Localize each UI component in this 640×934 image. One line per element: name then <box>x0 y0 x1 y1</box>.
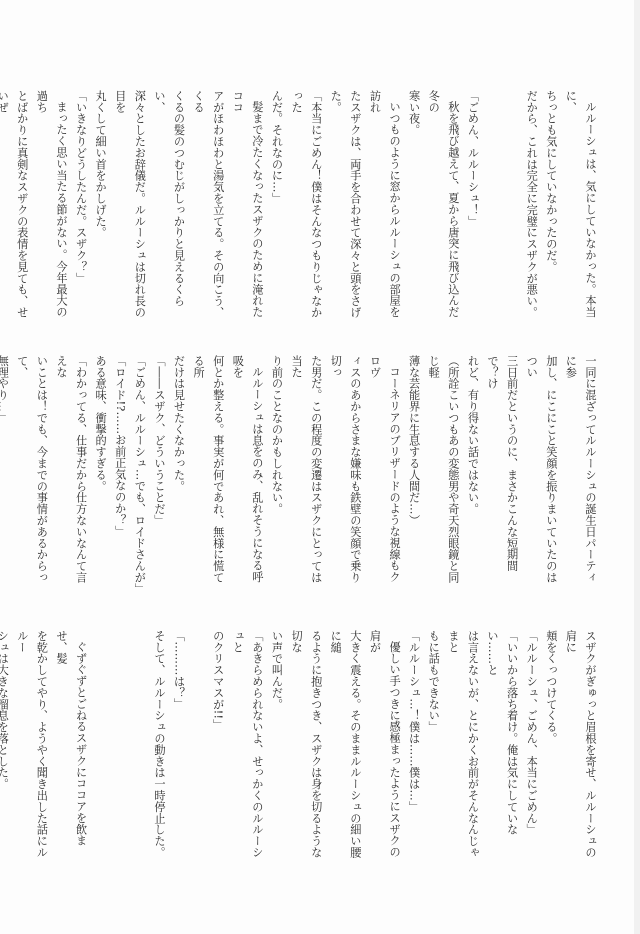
text-line: 「ロイド!?……お前正気なのか？」 <box>110 355 130 591</box>
text-line: 大きく震える。そのままルルーシュの細い腰に縋 <box>326 630 365 866</box>
blank-line <box>189 630 209 866</box>
text-line: 加し、にこにこと笑顔を振りまいていたのはつい <box>522 355 561 591</box>
text-line: 薄な芸能界に生息する人間だ…） <box>404 355 424 591</box>
text-line: り前のことなのかもしれない。 <box>267 355 287 591</box>
text-line: いことは！でも、今までの事情があるからって、 <box>12 355 51 591</box>
text-line: 「本当にごめん！僕はそんなつもりじゃなかった <box>287 90 326 320</box>
text-line: ルルーシュは、気にしていなかった。本当に、 <box>561 90 600 320</box>
text-line: ィスのあからさまな嫌味も鉄壁の笑顔で乗り切っ <box>326 355 365 591</box>
text-line: い声で叫んだ。 <box>267 630 287 866</box>
text-line: れど、有り得ない話ではない。 <box>463 355 483 591</box>
text-line: 「――スザク、どういうことだ」 <box>149 355 169 591</box>
text-line: 「あきらめられないよ、せっかくのルルーシュと <box>228 630 267 866</box>
text-line: 「いきなりどうしたんだ。スザク？」 <box>71 90 91 320</box>
text-tier-top: ルルーシュは、気にしていなかった。本当に、ちっとも気にしていなかったのだ。だから… <box>40 90 600 320</box>
text-line: は言えないが、とにかくお前がそんなんじゃまと <box>443 630 482 866</box>
book-page: ルルーシュは、気にしていなかった。本当に、ちっとも気にしていなかったのだ。だから… <box>0 0 640 934</box>
text-line: ちっとも気にしていなかったのだ。 <box>541 90 561 320</box>
text-line: 深々としたお辞儀だ。ルルーシュは切れ長の目を <box>110 90 149 320</box>
text-line: 一同に混ざってルルーシュの誕生日パーティに参 <box>561 355 600 591</box>
text-line: んだ。それなのに…」 <box>267 90 287 320</box>
text-line: 秋を飛び越えて、夏から唐突に飛び込んだ冬の <box>424 90 463 320</box>
blank-line <box>91 630 111 866</box>
text-line: シュは大きな溜息を落とした。 <box>0 630 12 866</box>
text-line: た男だ。この程度の変遷はスザクにとっては当た <box>287 355 326 591</box>
text-line: コーネリアのブリザードのような視線もクロヴ <box>365 355 404 591</box>
text-line: たスザクは、両手を合わせて深々と頭をさげた。 <box>326 90 365 320</box>
text-line: 三日前だというのに、まさかこんな短期間で？け <box>482 355 521 591</box>
text-line: 「ルルーシュ…！僕は……僕は…」 <box>404 630 424 866</box>
text-line: 「いいから落ち着け。俺は気にしていない……と <box>482 630 521 866</box>
blank-line <box>130 630 150 866</box>
text-line: ルルーシュは息をのみ、乱れそうになる呼吸を <box>228 355 267 591</box>
text-line: アがほわほわと湯気を立てる。その向こう、くる <box>189 90 228 320</box>
text-line: 何とか整える。事実が何であれ、無様に慌てる所 <box>189 355 228 591</box>
text-line: 頬をくっつけてくる。 <box>541 630 561 866</box>
blank-line <box>502 90 522 320</box>
text-line: 「ルルーシュ、ごめん、本当にごめん」 <box>522 630 542 866</box>
text-line: だけは見せたくなかった。 <box>169 355 189 591</box>
text-line: 「ごめん、ルルーシュ…でも、ロイドさんが」 <box>130 355 150 591</box>
text-tier-middle: 一同に混ざってルルーシュの誕生日パーティに参加し、にこにこと笑顔を振りまいていた… <box>40 355 600 591</box>
text-line: いつものように窓からルルーシュの部屋を訪れ <box>365 90 404 320</box>
text-line: まったく思い当たる節がない。今年最大の過ち <box>32 90 71 320</box>
text-line: 髪まで冷たくなったスザクのために淹れたココ <box>228 90 267 320</box>
text-line: を乾かしてやり、ようやく聞き出した話にルルー <box>12 630 51 866</box>
text-line: 優しい手つきに感極まったようにスザクの肩が <box>365 630 404 866</box>
text-line: スザクがぎゅっと眉根を寄せ、ルルーシュの肩に <box>561 630 600 866</box>
text-line: そして、ルルーシュの動きは一時停止した。 <box>149 630 169 866</box>
text-line: 寒い夜。 <box>404 90 424 320</box>
text-line: ある意味、衝撃的すぎる。 <box>91 355 111 591</box>
text-line: のクリスマスが!!」 <box>208 630 228 866</box>
text-line: 「わかってる、仕事だから仕方ないなんて言えな <box>51 355 90 591</box>
text-line: （所詮こいつもあの変態男や奇天烈眼鏡と同じ軽 <box>424 355 463 591</box>
page-edge-shadow <box>634 0 640 934</box>
text-tier-bottom: スザクがぎゅっと眉根を寄せ、ルルーシュの肩に頬をくっつけてくる。「ルルーシュ、ご… <box>20 630 600 866</box>
text-line: 無理やり…」 <box>0 355 12 591</box>
text-line: るように抱きつき、スザクは身を切るような切な <box>287 630 326 866</box>
blank-line <box>110 630 130 866</box>
text-line: 「………は？」 <box>169 630 189 866</box>
blank-line <box>482 90 502 320</box>
text-line: ぐずぐずとごねるスザクにココアを飲ませ、髪 <box>51 630 90 866</box>
text-line: だから、これは完全に完璧にスザクが悪い。 <box>522 90 542 320</box>
text-line: もに話もできない」 <box>424 630 444 866</box>
text-line: くるの髪のつむじがしっかりと見えるくらい、 <box>149 90 188 320</box>
text-line: 「ごめん、ルルーシュ！」 <box>463 90 483 320</box>
text-line: とばかりに真剣なスザクの表情を見ても、せいぜ <box>0 90 32 320</box>
text-line: 丸くして細い首をかしげた。 <box>91 90 111 320</box>
